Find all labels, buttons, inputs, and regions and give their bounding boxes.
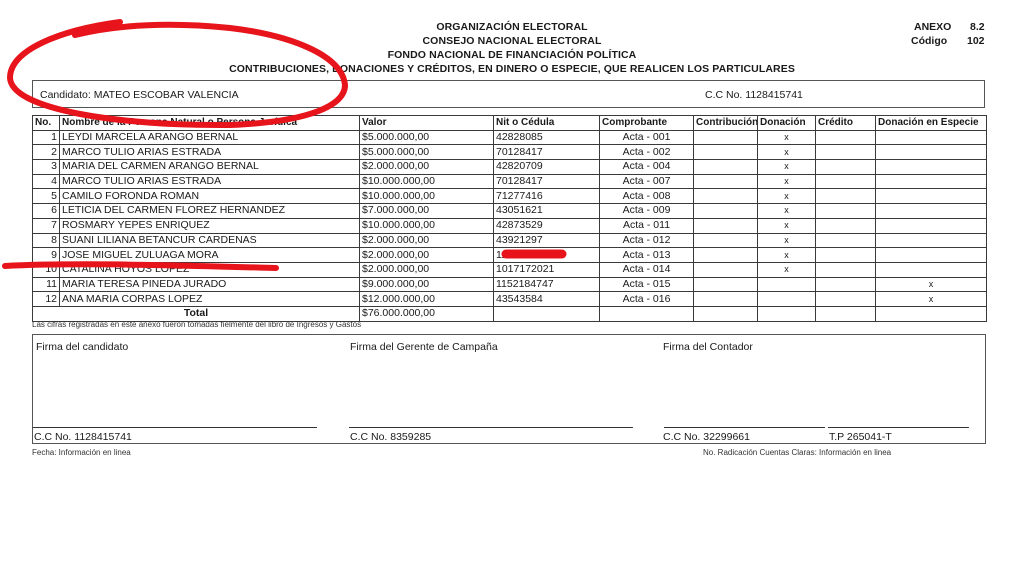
- cell-no: 10: [33, 262, 60, 277]
- table-row: 6LETICIA DEL CARMEN FLOREZ HERNANDEZ$7.0…: [33, 204, 987, 219]
- cell-credito: [816, 277, 876, 292]
- cell-especie: [876, 233, 987, 248]
- table-row: 5CAMILO FORONDA ROMAN$10.000.000,0071277…: [33, 189, 987, 204]
- manager-signature-label: Firma del Gerente de Campaña: [350, 341, 498, 353]
- cell-credito: [816, 262, 876, 277]
- cell-donacion: x: [758, 233, 816, 248]
- cell-credito: [816, 189, 876, 204]
- code-label: Código: [911, 35, 947, 47]
- cell-especie: [876, 145, 987, 160]
- col-nit: Nit o Cédula: [494, 116, 600, 131]
- table-row: 8SUANI LILIANA BETANCUR CARDENAS$2.000.0…: [33, 233, 987, 248]
- cell-no: 1: [33, 130, 60, 145]
- cell-no: 6: [33, 204, 60, 219]
- cell-name: SUANI LILIANA BETANCUR CARDENAS: [60, 233, 360, 248]
- cell-nit: 1017172021: [494, 262, 600, 277]
- cell-donacion: x: [758, 145, 816, 160]
- cell-name: MARCO TULIO ARIAS ESTRADA: [60, 174, 360, 189]
- table-row: 9JOSE MIGUEL ZULUAGA MORA$2.000.000,0011…: [33, 248, 987, 263]
- cell-nit: 1152184747: [494, 277, 600, 292]
- contributions-table: No. Nombre de la Persona Natural o Perso…: [32, 115, 987, 322]
- cell-nit: 70128417: [494, 145, 600, 160]
- header-line-organization: ORGANIZACIÓN ELECTORAL: [0, 21, 1024, 33]
- candidate-cc: C.C No. 1128415741: [705, 89, 803, 101]
- cell-comprobante: Acta - 004: [600, 160, 694, 175]
- cell-valor: $10.000.000,00: [360, 218, 494, 233]
- cell-donacion: x: [758, 218, 816, 233]
- cell-donacion: x: [758, 262, 816, 277]
- cell-especie: x: [876, 277, 987, 292]
- cell-no: 3: [33, 160, 60, 175]
- cell-comprobante: Acta - 015: [600, 277, 694, 292]
- cell-valor: $10.000.000,00: [360, 174, 494, 189]
- total-label: Total: [33, 306, 360, 321]
- cell-no: 2: [33, 145, 60, 160]
- cell-contribucion: [694, 248, 758, 263]
- table-row: 3MARIA DEL CARMEN ARANGO BERNAL$2.000.00…: [33, 160, 987, 175]
- cell-valor: $2.000.000,00: [360, 233, 494, 248]
- cell-no: 7: [33, 218, 60, 233]
- total-row: Total $76.000.000,00: [33, 306, 987, 321]
- cell-comprobante: Acta - 008: [600, 189, 694, 204]
- col-donacion: Donación: [758, 116, 816, 131]
- cell-name: JOSE MIGUEL ZULUAGA MORA: [60, 248, 360, 263]
- cell-nit: 70128417: [494, 174, 600, 189]
- cell-donacion: x: [758, 204, 816, 219]
- header-line-fund: FONDO NACIONAL DE FINANCIACIÓN POLÍTICA: [0, 49, 1024, 61]
- cell-name: LEYDI MARCELA ARANGO BERNAL: [60, 130, 360, 145]
- cell-credito: [816, 292, 876, 307]
- cell-credito: [816, 130, 876, 145]
- table-row: 11MARIA TERESA PINEDA JURADO$9.000.000,0…: [33, 277, 987, 292]
- header-line-title: CONTRIBUCIONES, DONACIONES Y CRÉDITOS, E…: [0, 63, 1024, 75]
- table-row: 4MARCO TULIO ARIAS ESTRADA$10.000.000,00…: [33, 174, 987, 189]
- cell-contribucion: [694, 262, 758, 277]
- cell-especie: [876, 262, 987, 277]
- cell-nit: 42820709: [494, 160, 600, 175]
- cell-credito: [816, 248, 876, 263]
- cell-contribucion: [694, 218, 758, 233]
- cell-comprobante: Acta - 014: [600, 262, 694, 277]
- ledger-note: Las cifras registradas en este anexo fue…: [32, 320, 361, 329]
- header-line-council: CONSEJO NACIONAL ELECTORAL: [0, 35, 1024, 47]
- cell-contribucion: [694, 189, 758, 204]
- col-name: Nombre de la Persona Natural o Persona J…: [60, 116, 360, 131]
- cell-credito: [816, 174, 876, 189]
- cell-donacion: x: [758, 248, 816, 263]
- col-credito: Crédito: [816, 116, 876, 131]
- accountant-signature-label: Firma del Contador: [663, 341, 753, 353]
- annex-value: 8.2: [970, 21, 985, 33]
- cell-contribucion: [694, 145, 758, 160]
- cell-nit: 43543584: [494, 292, 600, 307]
- cell-contribucion: [694, 130, 758, 145]
- cell-name: LETICIA DEL CARMEN FLOREZ HERNANDEZ: [60, 204, 360, 219]
- cell-no: 9: [33, 248, 60, 263]
- cell-credito: [816, 204, 876, 219]
- table-row: 12ANA MARIA CORPAS LOPEZ$12.000.000,0043…: [33, 292, 987, 307]
- cell-valor: $2.000.000,00: [360, 262, 494, 277]
- cell-name: MARCO TULIO ARIAS ESTRADA: [60, 145, 360, 160]
- accountant-signature-line: [664, 427, 825, 428]
- cell-name: MARIA TERESA PINEDA JURADO: [60, 277, 360, 292]
- candidate-signature-cc: C.C No. 1128415741: [34, 431, 132, 443]
- cell-especie: [876, 189, 987, 204]
- cell-especie: [876, 130, 987, 145]
- cell-especie: x: [876, 292, 987, 307]
- col-contribucion: Contribución: [694, 116, 758, 131]
- cell-valor: $12.000.000,00: [360, 292, 494, 307]
- cell-donacion: [758, 292, 816, 307]
- cell-valor: $2.000.000,00: [360, 160, 494, 175]
- cell-name: CATALINA HOYOS LOPEZ: [60, 262, 360, 277]
- col-especie: Donación en Especie: [876, 116, 987, 131]
- cell-nit: 42828085: [494, 130, 600, 145]
- candidate-name: Candidato: MATEO ESCOBAR VALENCIA: [40, 89, 239, 101]
- cell-especie: [876, 248, 987, 263]
- col-no: No.: [33, 116, 60, 131]
- candidate-box: Candidato: MATEO ESCOBAR VALENCIA C.C No…: [32, 80, 985, 108]
- candidate-signature-line: [33, 427, 317, 428]
- cell-comprobante: Acta - 009: [600, 204, 694, 219]
- cell-comprobante: Acta - 012: [600, 233, 694, 248]
- candidate-signature-label: Firma del candidato: [36, 341, 128, 353]
- cell-no: 11: [33, 277, 60, 292]
- total-value: $76.000.000,00: [360, 306, 494, 321]
- signatures-box: Firma del candidato Firma del Gerente de…: [32, 334, 986, 444]
- cell-comprobante: Acta - 002: [600, 145, 694, 160]
- manager-signature-line: [349, 427, 633, 428]
- cell-especie: [876, 160, 987, 175]
- cell-credito: [816, 233, 876, 248]
- cell-no: 8: [33, 233, 60, 248]
- cell-comprobante: Acta - 011: [600, 218, 694, 233]
- cell-nit: 11522: [494, 248, 600, 263]
- code-value: 102: [967, 35, 985, 47]
- cell-valor: $7.000.000,00: [360, 204, 494, 219]
- cell-especie: [876, 204, 987, 219]
- cell-especie: [876, 218, 987, 233]
- cell-comprobante: Acta - 016: [600, 292, 694, 307]
- cell-donacion: x: [758, 130, 816, 145]
- cell-name: ANA MARIA CORPAS LOPEZ: [60, 292, 360, 307]
- footer-radicacion: No. Radicación Cuentas Claras: Informaci…: [703, 448, 891, 457]
- cell-contribucion: [694, 160, 758, 175]
- table-header-row: No. Nombre de la Persona Natural o Perso…: [33, 116, 987, 131]
- cell-contribucion: [694, 233, 758, 248]
- cell-credito: [816, 145, 876, 160]
- table-row: 7ROSMARY YEPES ENRIQUEZ$10.000.000,00428…: [33, 218, 987, 233]
- cell-contribucion: [694, 174, 758, 189]
- cell-donacion: x: [758, 174, 816, 189]
- cell-name: MARIA DEL CARMEN ARANGO BERNAL: [60, 160, 360, 175]
- cell-comprobante: Acta - 013: [600, 248, 694, 263]
- cell-nit: 43051621: [494, 204, 600, 219]
- cell-valor: $5.000.000,00: [360, 130, 494, 145]
- footer-date: Fecha: Información en linea: [32, 448, 131, 457]
- cell-no: 5: [33, 189, 60, 204]
- cell-valor: $5.000.000,00: [360, 145, 494, 160]
- col-valor: Valor: [360, 116, 494, 131]
- cell-no: 12: [33, 292, 60, 307]
- annex-label: ANEXO: [914, 21, 951, 33]
- cell-nit: 71277416: [494, 189, 600, 204]
- accountant-signature-cc: C.C No. 32299661: [663, 431, 750, 443]
- cell-especie: [876, 174, 987, 189]
- table-row: 1LEYDI MARCELA ARANGO BERNAL$5.000.000,0…: [33, 130, 987, 145]
- cell-valor: $2.000.000,00: [360, 248, 494, 263]
- manager-signature-cc: C.C No. 8359285: [350, 431, 431, 443]
- cell-comprobante: Acta - 001: [600, 130, 694, 145]
- cell-valor: $10.000.000,00: [360, 189, 494, 204]
- cell-contribucion: [694, 292, 758, 307]
- col-comprobante: Comprobante: [600, 116, 694, 131]
- cell-donacion: x: [758, 189, 816, 204]
- cell-nit: 42873529: [494, 218, 600, 233]
- cell-contribucion: [694, 204, 758, 219]
- cell-contribucion: [694, 277, 758, 292]
- cell-nit: 43921297: [494, 233, 600, 248]
- table-row: 2MARCO TULIO ARIAS ESTRADA$5.000.000,007…: [33, 145, 987, 160]
- cell-comprobante: Acta - 007: [600, 174, 694, 189]
- cell-name: ROSMARY YEPES ENRIQUEZ: [60, 218, 360, 233]
- cell-valor: $9.000.000,00: [360, 277, 494, 292]
- cell-no: 4: [33, 174, 60, 189]
- cell-credito: [816, 218, 876, 233]
- tp-signature-line: [828, 427, 969, 428]
- cell-credito: [816, 160, 876, 175]
- cell-donacion: [758, 277, 816, 292]
- table-row: 10CATALINA HOYOS LOPEZ$2.000.000,0010171…: [33, 262, 987, 277]
- cell-donacion: x: [758, 160, 816, 175]
- cell-name: CAMILO FORONDA ROMAN: [60, 189, 360, 204]
- accountant-tp: T.P 265041-T: [829, 431, 892, 443]
